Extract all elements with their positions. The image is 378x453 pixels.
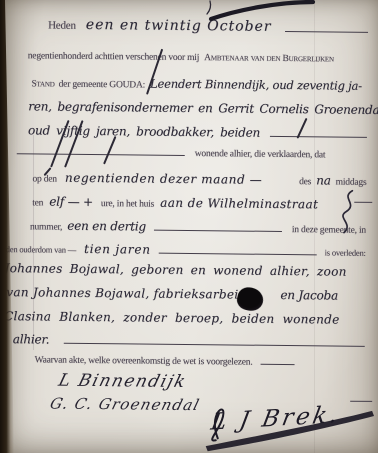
printed-voorgelezen: Waarvan akte, welke overeenkomstig de we… [35, 355, 253, 367]
printed-gemeente-gouda: der gemeente GOUDA: [59, 80, 146, 91]
death-day-line: op den negentienden dezer maand — des na… [32, 170, 366, 187]
printed-des: des [299, 177, 311, 187]
printed-wonende: wonende alhier, die verklaarden, dat [195, 149, 326, 160]
blank-rule [159, 253, 317, 256]
printed-ouderdom: den ouderdom van — [6, 244, 76, 255]
signature-witness1: L Binnendijk [56, 371, 184, 392]
closing-line: Waarvan akte, welke overeenkomstig de we… [35, 355, 295, 368]
death-hour-line: ten elf — + ure, in het huis aan de Wilh… [32, 194, 318, 211]
printed-nummer: nummer, [30, 222, 62, 232]
handwritten-declarant1: Leendert Binnendijk, oud zeventig ja- [150, 77, 362, 93]
age-line: den ouderdom van — tien jaren is overled… [6, 241, 366, 259]
handwritten-age: tien jaren [84, 242, 151, 257]
registrar-signature-swash [198, 394, 378, 453]
handwritten-day: negentienden dezer maand — [65, 171, 263, 187]
blank-rule [63, 343, 364, 347]
certificate-body: Heden een en twintig October negentienho… [0, 0, 378, 453]
declarant-line2: ren, begrafenisondernemer en Gerrit Corn… [28, 99, 378, 117]
handwritten-mother: Clasina Blanken, zonder beroep, beiden w… [4, 309, 340, 327]
witness2-signature: G. C. Groenendal [48, 395, 202, 415]
printed-middags: middags [336, 178, 367, 188]
handwritten-address: aan de Wilhelminastraat [160, 196, 318, 212]
printed-heden: Heden [48, 20, 76, 32]
blank-rule [270, 136, 367, 138]
gemeente-line: Stand der gemeente GOUDA: Leendert Binne… [31, 75, 362, 92]
handwritten-mother-first: en Jacoba [280, 288, 338, 303]
handwritten-declarant2: ren, begrafenisondernemer en Gerrit Corn… [28, 99, 378, 117]
deceased-line3: Clasina Blanken, zonder beroep, beiden w… [4, 309, 340, 327]
deceased-line2: van Johannes Bojawal, fabrieksarbeid en … [6, 285, 338, 302]
printed-official-title: Ambtenaar van den Burgerlijken [204, 53, 334, 64]
printed-stand: Stand [31, 79, 54, 89]
printed-ten: ten [32, 198, 43, 208]
deceased-line4: alhier. [13, 332, 365, 350]
handwritten-deceased-name: Johannes Bojawal, geboren en wonend alhi… [4, 261, 346, 279]
housenumber-line: nummer, een en dertig in deze gemeente, … [30, 218, 366, 236]
blank-rule [261, 364, 295, 365]
handwritten-hour: elf — + [49, 195, 93, 209]
printed-year: negentienhonderd achttien verschenen voo… [28, 51, 200, 63]
deceased-line1: Johannes Bojawal, geboren en wonend alhi… [4, 261, 346, 279]
blank-rule [17, 153, 185, 156]
handwritten-father: van Johannes Bojawal, fabrieksarbeid [6, 285, 246, 302]
year-official-line: negentienhonderd achttien verschenen voo… [28, 51, 334, 64]
blank-rule [154, 230, 282, 232]
printed-op-den: op den [32, 174, 57, 184]
handwritten-housenumber: een en dertig [67, 219, 146, 234]
signature-witness2: G. C. Groenendal [48, 395, 197, 415]
blank-rule [285, 31, 368, 33]
handwritten-brace-squiggle [336, 188, 363, 236]
witness1-signature: L Binnendijk [56, 371, 189, 392]
printed-ure: ure, in het huis [101, 199, 154, 210]
pen-flourish-top [205, 0, 320, 22]
printed-is-overleden: is overleden: [325, 247, 366, 257]
scanned-certificate-page: Heden een en twintig October negentienho… [0, 0, 378, 453]
handwritten-daypart: na [316, 173, 331, 187]
handwritten-alhier: alhier. [13, 332, 50, 346]
